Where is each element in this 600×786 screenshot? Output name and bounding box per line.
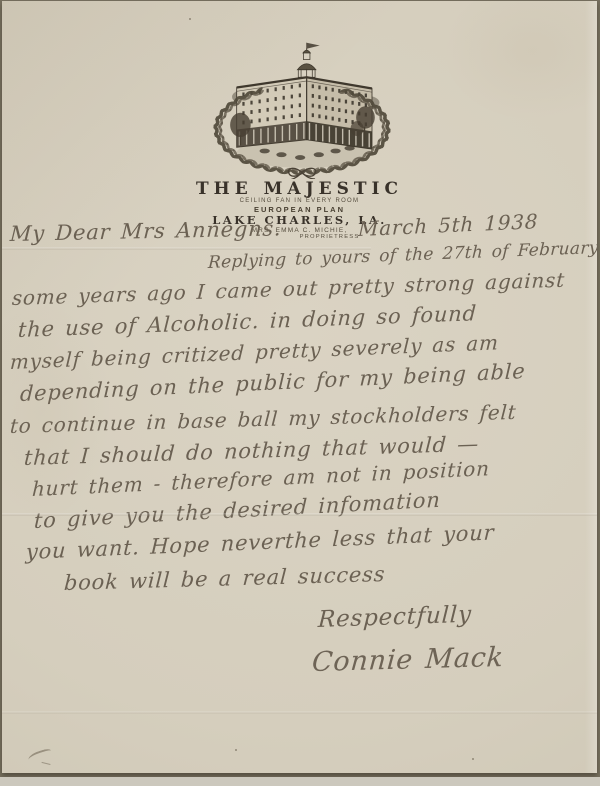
- handwritten-line: book will be a real success: [63, 562, 386, 595]
- scanned-letter: THE MAJESTIC CEILING FAN IN EVERY ROOM E…: [0, 0, 600, 786]
- scanner-edge-strip: [0, 777, 600, 786]
- pencil-mark: [42, 758, 52, 765]
- paper-speck: [235, 749, 237, 751]
- letter-salutation: My Dear Mrs Annegns.: [9, 216, 282, 246]
- signature: Connie Mack: [311, 642, 505, 678]
- paper-speck: [472, 758, 474, 760]
- letter-closing: Respectfully: [317, 602, 472, 633]
- hotel-tagline: CEILING FAN IN EVERY ROOM: [2, 198, 597, 204]
- hotel-building-emblem-icon: [205, 39, 399, 179]
- building-icon: [237, 77, 372, 149]
- age-stain: [442, 1, 597, 121]
- dome-icon: [297, 50, 316, 77]
- paper-speck: [189, 18, 191, 20]
- hotel-name: THE MAJESTIC: [2, 179, 597, 199]
- letter-paper: THE MAJESTIC CEILING FAN IN EVERY ROOM E…: [2, 1, 597, 773]
- fold-crease: [2, 711, 597, 714]
- handwritten-line: some years ago I came out pretty strong …: [11, 268, 565, 310]
